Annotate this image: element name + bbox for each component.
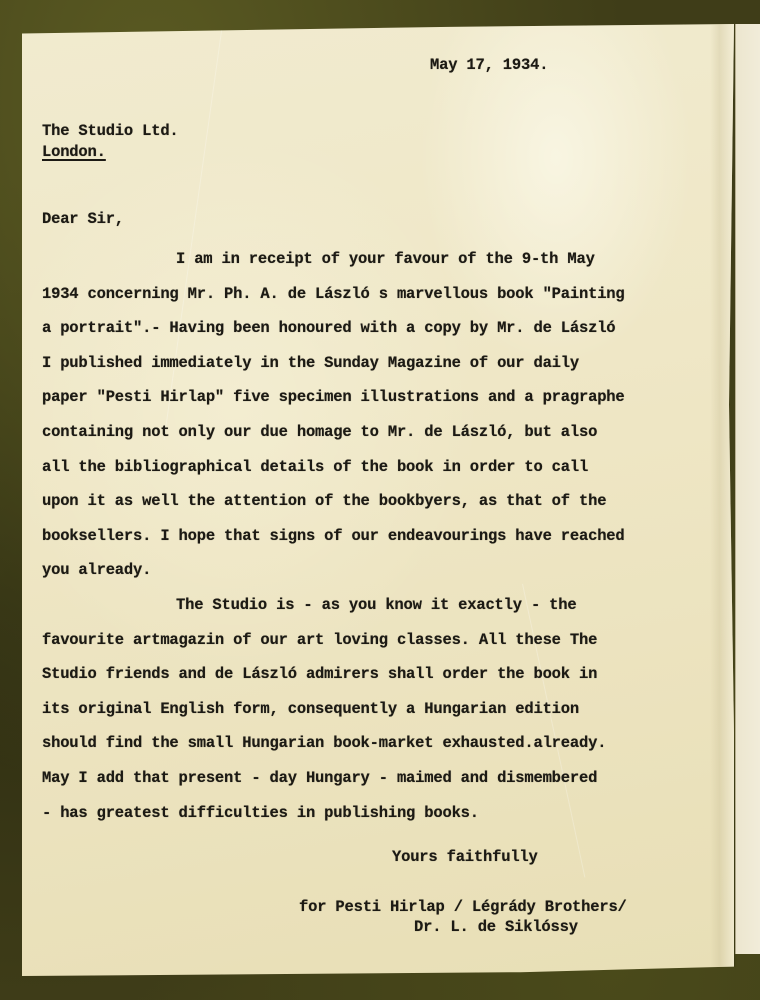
letter-body: I am in receipt of your favour of the 9-… bbox=[42, 242, 625, 830]
body-line: all the bibliographical details of the b… bbox=[42, 450, 625, 485]
body-line: paper "Pesti Hirlap" five specimen illus… bbox=[42, 380, 625, 415]
body-line: should find the small Hungarian book-mar… bbox=[42, 726, 625, 761]
body-line: its original English form, consequently … bbox=[42, 692, 625, 727]
body-line: containing not only our due homage to Mr… bbox=[42, 415, 625, 450]
body-line: Studio friends and de László admirers sh… bbox=[42, 657, 625, 692]
addressee-city: London. bbox=[42, 143, 106, 161]
body-line: upon it as well the attention of the boo… bbox=[42, 484, 625, 519]
body-line: a portrait".- Having been honoured with … bbox=[42, 311, 625, 346]
body-line: I published immediately in the Sunday Ma… bbox=[42, 346, 625, 381]
paper-fold-edge bbox=[710, 24, 734, 976]
body-line: The Studio is - as you know it exactly -… bbox=[42, 588, 625, 623]
backing-sheet bbox=[735, 24, 760, 954]
body-line: booksellers. I hope that signs of our en… bbox=[42, 519, 625, 554]
letter-paper: May 17, 1934. The Studio Ltd. London. De… bbox=[22, 24, 734, 976]
body-line: you already. bbox=[42, 553, 625, 588]
body-line: favourite artmagazin of our art loving c… bbox=[42, 623, 625, 658]
signature-organization: for Pesti Hirlap / Légrády Brothers/ bbox=[299, 898, 627, 916]
letter-date: May 17, 1934. bbox=[430, 56, 548, 74]
salutation: Dear Sir, bbox=[42, 210, 124, 228]
addressee-name: The Studio Ltd. bbox=[42, 122, 179, 140]
signature-name: Dr. L. de Siklóssy bbox=[414, 918, 578, 936]
body-line: I am in receipt of your favour of the 9-… bbox=[42, 242, 625, 277]
closing: Yours faithfully bbox=[392, 848, 538, 866]
body-line: 1934 concerning Mr. Ph. A. de László s m… bbox=[42, 277, 625, 312]
body-line: - has greatest difficulties in publishin… bbox=[42, 796, 625, 831]
body-line: May I add that present - day Hungary - m… bbox=[42, 761, 625, 796]
paragraph-2: The Studio is - as you know it exactly -… bbox=[42, 588, 625, 830]
paragraph-1: I am in receipt of your favour of the 9-… bbox=[42, 242, 625, 588]
